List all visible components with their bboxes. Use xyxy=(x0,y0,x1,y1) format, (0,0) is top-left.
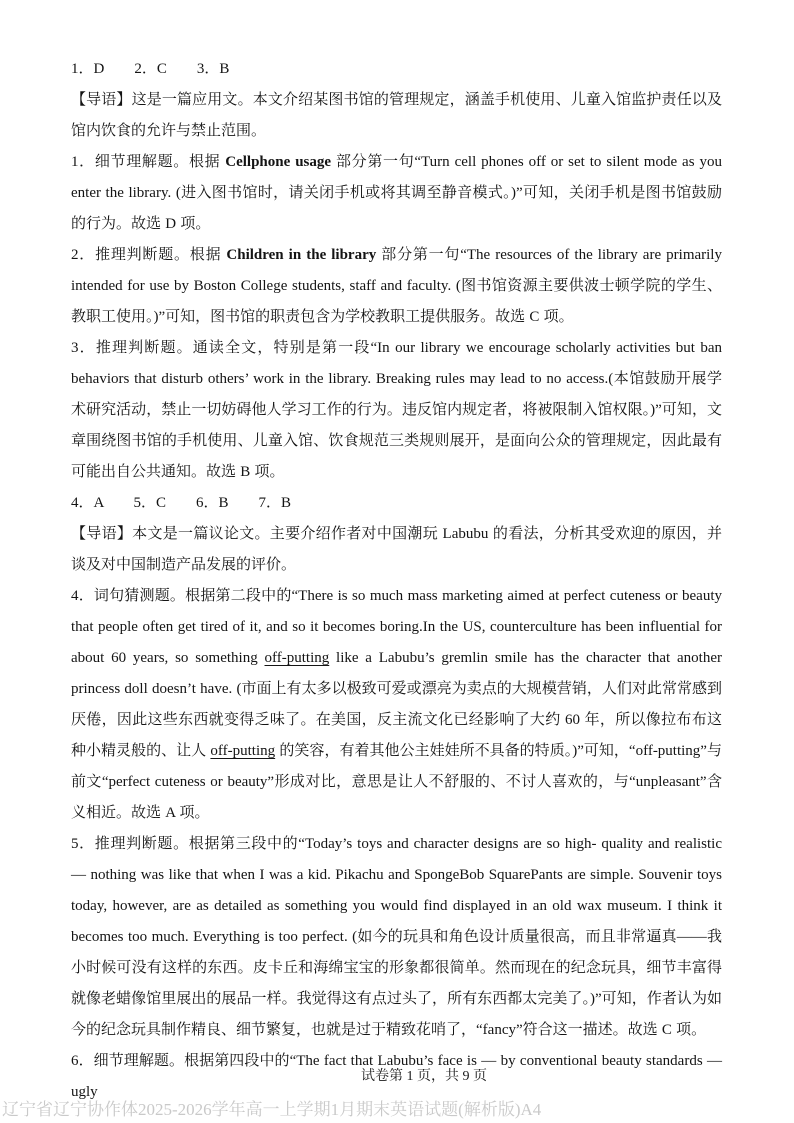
text-run: 1．细节理解题。根据 xyxy=(71,154,225,170)
underlined-run: off-putting xyxy=(265,650,330,666)
text-run: 5．推理判断题。根据第三段中的“Today’s toys and charact… xyxy=(71,836,722,1038)
text-run: 3．推理判断题。通读全文，特别是第一段“In our library we en… xyxy=(71,340,722,480)
page-number-label: 试卷第 1 页，共 9 页 xyxy=(361,1069,487,1084)
explanation-question-4: 4．词句猜测题。根据第二段中的“There is so much mass ma… xyxy=(71,581,722,829)
explanation-question-5: 5．推理判断题。根据第三段中的“Today’s toys and charact… xyxy=(71,829,722,1046)
text-run: 2．推理判断题。根据 xyxy=(71,247,226,263)
bold-run: Cellphone usage xyxy=(225,154,331,170)
guide-note-passage-B: 【导语】本文是一篇议论文。主要介绍作者对中国潮玩 Labubu 的看法，分析其受… xyxy=(71,519,722,581)
bold-run: Children in the library xyxy=(226,247,376,263)
guide-note-passage-A: 【导语】这是一篇应用文。本文介绍某图书馆的管理规定，涵盖手机使用、儿童入馆监护责… xyxy=(71,85,722,147)
page-footer: 试卷第 1 页，共 9 页 xyxy=(0,1066,794,1088)
answer-line-reading-A: 1．D 2．C 3．B xyxy=(71,54,722,85)
underlined-run: off-putting xyxy=(210,743,275,759)
answer-explanations-body: 1．D 2．C 3．B【导语】这是一篇应用文。本文介绍某图书馆的管理规定，涵盖手… xyxy=(71,54,722,1108)
document-watermark: 辽宁省辽宁协作体2025-2026学年高一上学期1月期末英语试题(解析版)A4 xyxy=(2,1098,794,1122)
text-run: 【导语】这是一篇应用文。本文介绍某图书馆的管理规定，涵盖手机使用、儿童入馆监护责… xyxy=(71,92,722,139)
explanation-question-3: 3．推理判断题。通读全文，特别是第一段“In our library we en… xyxy=(71,333,722,488)
exam-answer-page: 1．D 2．C 3．B【导语】这是一篇应用文。本文介绍某图书馆的管理规定，涵盖手… xyxy=(0,0,794,1123)
answer-line-reading-B: 4．A 5．C 6．B 7．B xyxy=(71,488,722,519)
explanation-question-1: 1．细节理解题。根据 Cellphone usage 部分第一句“Turn ce… xyxy=(71,147,722,240)
text-run: 【导语】本文是一篇议论文。主要介绍作者对中国潮玩 Labubu 的看法，分析其受… xyxy=(71,526,722,573)
explanation-question-2: 2．推理判断题。根据 Children in the library 部分第一句… xyxy=(71,240,722,333)
text-run: 1．D 2．C 3．B xyxy=(71,61,229,77)
text-run: 4．A 5．C 6．B 7．B xyxy=(71,495,291,511)
